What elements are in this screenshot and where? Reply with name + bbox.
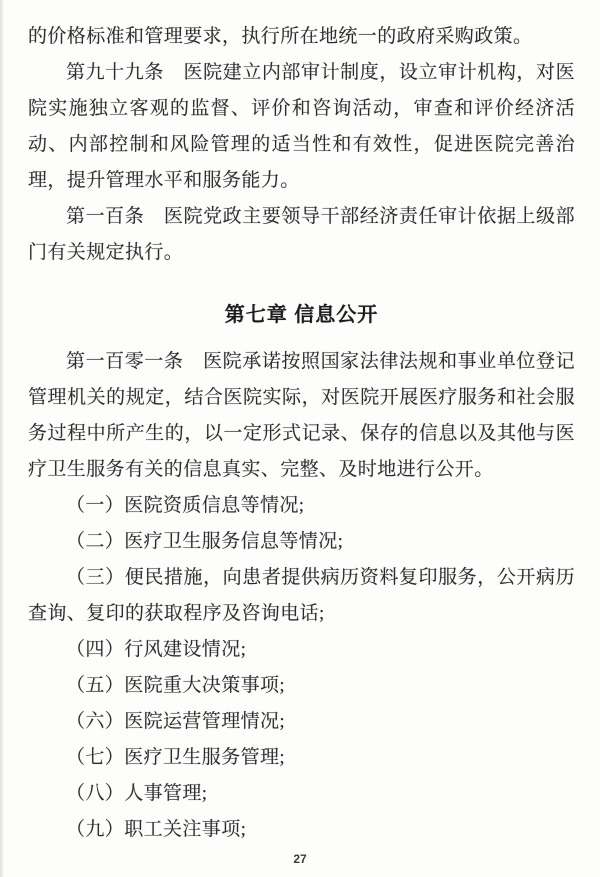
paragraph-continuation: 的价格标准和管理要求，执行所在地统一的政府采购政策。 bbox=[28, 19, 575, 55]
list-item-6: （六）医院运营管理情况; bbox=[28, 704, 575, 740]
scanned-document-page: 的价格标准和管理要求，执行所在地统一的政府采购政策。 第九十九条 医院建立内部审… bbox=[0, 0, 600, 877]
article-100: 第一百条 医院党政主要领导干部经济责任审计依据上级部门有关规定执行。 bbox=[28, 199, 575, 271]
list-item-7: （七）医疗卫生服务管理; bbox=[28, 740, 575, 776]
page-number: 27 bbox=[0, 852, 600, 866]
document-content: 的价格标准和管理要求，执行所在地统一的政府采购政策。 第九十九条 医院建立内部审… bbox=[28, 19, 575, 848]
list-item-9: （九）职工关注事项; bbox=[28, 812, 575, 848]
article-101: 第一百零一条 医院承诺按照国家法律法规和事业单位登记管理机关的规定，结合医院实际… bbox=[28, 344, 575, 488]
chapter-heading: 第七章 信息公开 bbox=[28, 297, 575, 333]
list-item-4: （四）行风建设情况; bbox=[28, 632, 575, 668]
scan-edge-shadow bbox=[0, 0, 4, 877]
list-item-3: （三）便民措施，向患者提供病历资料复印服务，公开病历查询、复印的获取程序及咨询电… bbox=[28, 560, 575, 632]
list-item-8: （八）人事管理; bbox=[28, 776, 575, 812]
list-item-1: （一）医院资质信息等情况; bbox=[28, 488, 575, 524]
list-item-2: （二）医疗卫生服务信息等情况; bbox=[28, 524, 575, 560]
article-99: 第九十九条 医院建立内部审计制度，设立审计机构，对医院实施独立客观的监督、评价和… bbox=[28, 55, 575, 199]
list-item-5: （五）医院重大决策事项; bbox=[28, 668, 575, 704]
